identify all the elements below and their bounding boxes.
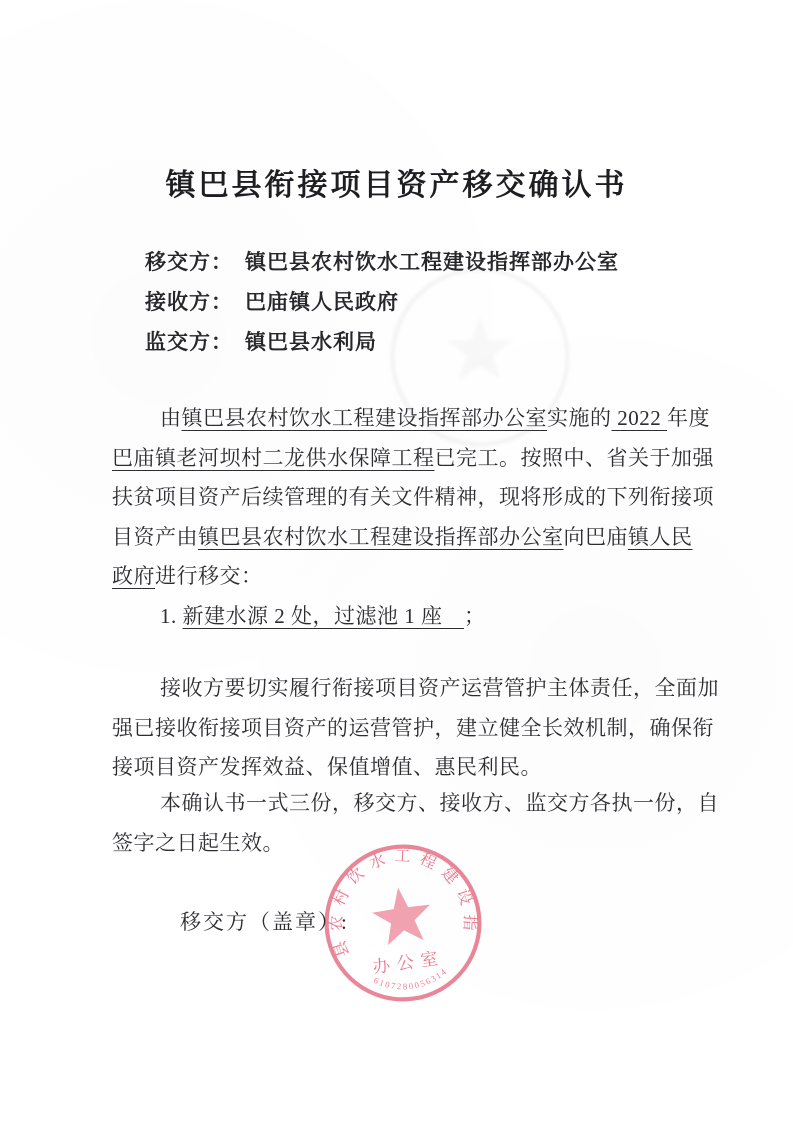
document-title: 镇巴县衔接项目资产移交确认书 — [0, 160, 793, 204]
text-segment: ； — [464, 604, 486, 628]
text-segment: 已完工。按照中、省关于加强 — [435, 446, 715, 470]
official-seal-stamp: 镇巴县农村饮水工程建设指挥部 办公室 6107280056314 — [320, 840, 486, 1006]
party-name-value: 巴庙镇人民政府 — [245, 286, 399, 326]
text-segment: 签字之日起生效。 — [112, 831, 284, 855]
text-segment: 由 — [160, 406, 182, 430]
text-line: 接项目资产发挥效益、保值增值、惠民利民。 — [112, 751, 712, 791]
underlined-text-segment: 巴庙镇老河坝村二龙供水保障工程 — [112, 446, 435, 470]
underlined-text-segment: 镇人民 — [628, 525, 693, 549]
underlined-text-segment — [443, 604, 465, 628]
text-segment: 向巴庙 — [564, 525, 629, 549]
text-line: 巴庙镇老河坝村二龙供水保障工程已完工。按照中、省关于加强 — [112, 442, 712, 482]
underlined-text-segment: 新建水源 2 处，过滤池 1 座 — [183, 604, 443, 628]
party-role-label: 监交方： — [145, 326, 233, 366]
text-segment: 接收方要切实履行衔接项目资产运营管护主体责任，全面加 — [160, 676, 719, 700]
text-line: 强已接收衔接项目资产的运营管护，建立健全长效机制，确保衔 — [112, 712, 712, 752]
text-line: 由镇巴县农村饮水工程建设指挥部办公室实施的 2022 年度 — [112, 402, 712, 442]
party-role-label: 移交方： — [145, 246, 233, 286]
text-segment: 进行移交： — [155, 564, 263, 588]
text-line: 目资产由镇巴县农村饮水工程建设指挥部办公室向巴庙镇人民 — [112, 521, 712, 561]
text-segment: 扶贫项目资产后续管理的有关文件精神，现将形成的下列衔接项 — [112, 485, 714, 509]
underlined-text-segment: 2022 — [612, 406, 668, 430]
seal-star-icon — [369, 884, 435, 947]
paragraph-transfer-intro: 由镇巴县农村饮水工程建设指挥部办公室实施的 2022 年度巴庙镇老河坝村二龙供水… — [112, 402, 712, 639]
text-line: 扶贫项目资产后续管理的有关文件精神，现将形成的下列衔接项 — [112, 481, 712, 521]
text-line: 1. 新建水源 2 处，过滤池 1 座 ； — [112, 600, 712, 640]
party-row: 接收方：巴庙镇人民政府 — [145, 286, 619, 326]
text-line: 接收方要切实履行衔接项目资产运营管护主体责任，全面加 — [112, 672, 712, 712]
text-line: 政府进行移交： — [112, 560, 712, 600]
scanned-document-page: 镇巴县衔接项目资产移交确认书 移交方：镇巴县农村饮水工程建设指挥部办公室接收方：… — [0, 0, 793, 1122]
text-segment: 年度 — [667, 406, 710, 430]
underlined-text-segment: 政府 — [112, 564, 155, 588]
paragraph-receiver-duty: 接收方要切实履行衔接项目资产运营管护主体责任，全面加强已接收衔接项目资产的运营管… — [112, 672, 712, 791]
text-segment: 1. — [160, 604, 183, 628]
party-name-value: 镇巴县水利局 — [245, 326, 377, 366]
party-role-label: 接收方： — [145, 286, 233, 326]
text-segment: 本确认书一式三份，移交方、接收方、监交方各执一份，自 — [160, 791, 719, 815]
text-segment: 强已接收衔接项目资产的运营管护，建立健全长效机制，确保衔 — [112, 716, 714, 740]
text-line: 本确认书一式三份，移交方、接收方、监交方各执一份，自 — [112, 787, 712, 827]
text-segment: 实施的 — [547, 406, 612, 430]
party-name-value: 镇巴县农村饮水工程建设指挥部办公室 — [245, 246, 619, 286]
underlined-text-segment: 镇巴县农村饮水工程建设指挥部办公室 — [182, 406, 548, 430]
text-segment: 目资产由 — [112, 525, 198, 549]
text-segment: 接项目资产发挥效益、保值增值、惠民利民。 — [112, 755, 542, 779]
party-row: 移交方：镇巴县农村饮水工程建设指挥部办公室 — [145, 246, 619, 286]
underlined-text-segment: 镇巴县农村饮水工程建设指挥部办公室 — [198, 525, 564, 549]
parties-block: 移交方：镇巴县农村饮水工程建设指挥部办公室接收方：巴庙镇人民政府监交方：镇巴县水… — [145, 246, 619, 366]
party-row: 监交方：镇巴县水利局 — [145, 326, 619, 366]
